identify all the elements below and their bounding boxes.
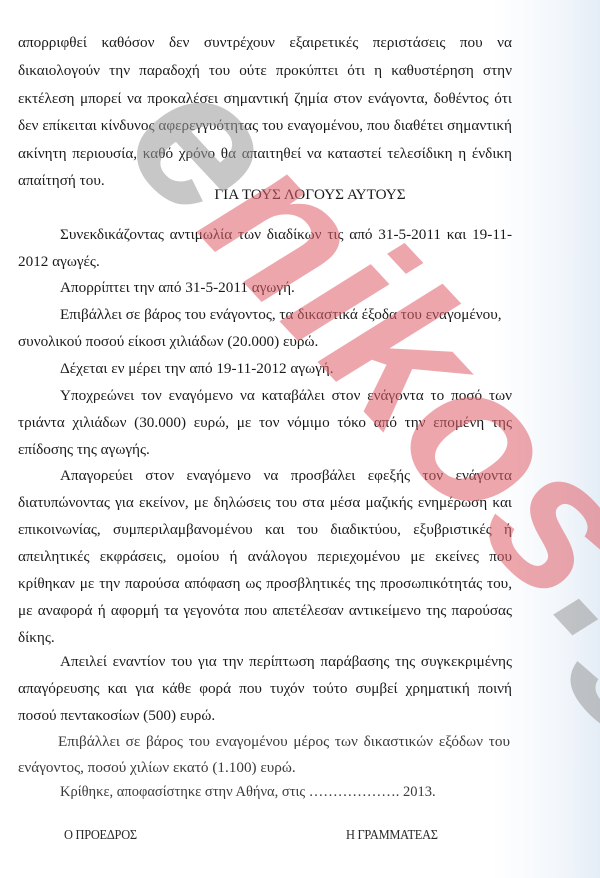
- ruling-6-line-5: κρίθηκαν με την παρούσα απόφαση ως προσβ…: [18, 575, 512, 593]
- intro-line-2: δικαιολογούν την παραδοχή του ούτε προκύ…: [18, 62, 512, 80]
- ruling-6-line-2: διατυπώνοντας για εκείνον, με δηλώσεις τ…: [18, 494, 512, 512]
- ruling-5-line-2: τριάντα χιλιάδων (30.000) ευρώ, με τον ν…: [18, 414, 512, 432]
- ruling-7-line-2: απαγόρευσης και για κάθε φορά που τυχόν …: [18, 680, 512, 698]
- intro-line-5: ακίνητη περιουσία, καθό χρόνο θα απαιτηθ…: [18, 145, 512, 163]
- ruling-3-line-2: συνολικού ποσού είκοσι χιλιάδων (20.000)…: [18, 333, 512, 351]
- signature-president: Ο ΠΡΟΕΔΡΟΣ: [64, 827, 137, 843]
- ruling-7-line-1: Απειλεί εναντίον του για την περίπτωση π…: [60, 653, 512, 671]
- ruling-5-line-3: επίδοσης της αγωγής.: [18, 441, 512, 459]
- intro-line-3: εκτέλεση μπορεί να προκαλέσει σημαντική …: [18, 90, 512, 108]
- ruling-3-line-1: Επιβάλλει σε βάρος του ενάγοντος, τα δικ…: [60, 306, 512, 324]
- intro-line-1: απορριφθεί καθόσον δεν συντρέχουν εξαιρε…: [18, 34, 512, 52]
- intro-line-4: δεν επίκειται κίνδυνος αφερεγγυότητας το…: [18, 117, 512, 135]
- ruling-2-line-1: Απορρίπτει την από 31-5-2011 αγωγή.: [60, 279, 512, 297]
- ruling-4-line-1: Δέχεται εν μέρει την από 19-11-2012 αγωγ…: [60, 360, 512, 378]
- ruling-6-line-1: Απαγορεύει στον εναγόμενο να προσβάλει ε…: [60, 467, 512, 485]
- ruling-1-line-1: Συνεκδικάζοντας αντιμωλία των διαδίκων τ…: [60, 226, 512, 244]
- ruling-8-line-2: ενάγοντος, ποσού χιλίων εκατό (1.100) ευ…: [18, 759, 512, 777]
- ruling-6-line-4: απειλητικές εκφράσεις, ομοίου ή ανάλογου…: [18, 548, 512, 566]
- ruling-6-line-6: με αναφορά ή αφορμή τα γεγονότα που απετ…: [18, 602, 512, 620]
- ruling-6-line-7: δίκης.: [18, 629, 512, 647]
- ruling-5-line-1: Υποχρεώνει τον εναγόμενο να καταβάλει στ…: [60, 387, 512, 405]
- ruling-1-line-2: 2012 αγωγές.: [18, 253, 512, 271]
- ruling-6-line-3: επικοινωνίας, συμπεριλαμβανομένου και το…: [18, 521, 512, 539]
- document-page: απορριφθεί καθόσον δεν συντρέχουν εξαιρε…: [0, 0, 600, 878]
- signature-secretary: Η ΓΡΑΜΜΑΤΕΑΣ: [346, 827, 438, 843]
- section-heading: ΓΙΑ ΤΟΥΣ ΛΟΓΟΥΣ ΑΥΤΟΥΣ: [0, 186, 600, 204]
- ruling-7-line-3: ποσού πεντακοσίων (500) ευρώ.: [18, 707, 512, 725]
- ruling-8-line-1: Επιβάλλει σε βάρος του εναγομένου μέρος …: [58, 733, 510, 751]
- closing-statement: Κρίθηκε, αποφασίστηκε στην Αθήνα, στις ……: [60, 783, 554, 801]
